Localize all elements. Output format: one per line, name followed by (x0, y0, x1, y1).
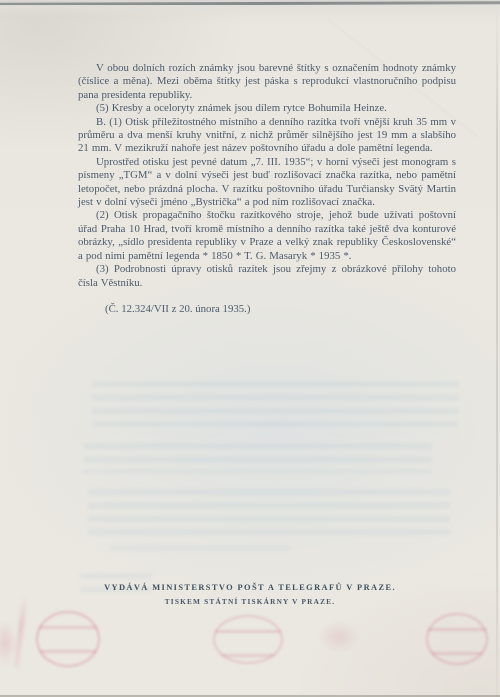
page-top-edge-shading (0, 5, 500, 17)
showthrough-ghost-text (92, 378, 458, 435)
body-paragraph: (3) Podrobnosti úpravy otisků razítek js… (78, 263, 456, 290)
postal-stamp-ghost (213, 615, 283, 664)
publisher-imprint: VYDÁVÁ MINISTERSTVO POŠT A TELEGRAFŮ V P… (0, 582, 500, 606)
showthrough-ghost-text (110, 542, 290, 554)
red-ink-streak (14, 596, 28, 668)
body-paragraph: (2) Otisk propagačního štočku razítkovéh… (78, 209, 456, 263)
body-paragraphs: V obou dolních rozích známky jsou barevn… (78, 62, 456, 290)
showthrough-ghost-text (88, 486, 450, 538)
body-paragraph: Uprostřed otisku jest pevné datum „7. II… (78, 156, 456, 210)
reference-number-line: (Č. 12.324/VII z 20. února 1935.) (78, 303, 456, 316)
imprint-line-printer: TISKEM STÁTNÍ TISKÁRNY V PRAZE. (0, 597, 500, 606)
postal-stamp-ghost (426, 613, 488, 665)
showthrough-ghost-text (84, 440, 432, 473)
body-paragraph: B. (1) Otisk příležitostného místního a … (78, 116, 456, 156)
document-page: V obou dolních rozích známky jsou barevn… (0, 0, 500, 697)
postal-stamp-ghost (36, 611, 100, 667)
postal-stamp-ghost (318, 621, 360, 653)
body-text-block: V obou dolních rozích známky jsou barevn… (78, 62, 456, 316)
body-paragraph: V obou dolních rozích známky jsou barevn… (78, 62, 456, 102)
imprint-line-publisher: VYDÁVÁ MINISTERSTVO POŠT A TELEGRAFŮ V P… (0, 582, 500, 593)
body-paragraph: (5) Kresby a oceloryty známek jsou dílem… (78, 102, 456, 115)
